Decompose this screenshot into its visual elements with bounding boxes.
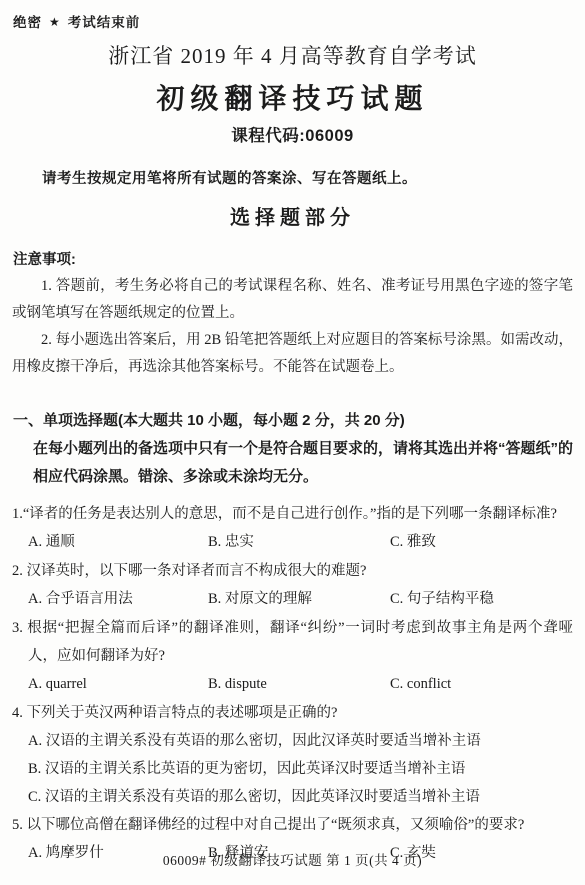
- question-2-option-b: B. 对原文的理解: [208, 585, 390, 614]
- question-2-option-a: A. 合乎语言用法: [28, 585, 208, 614]
- page-title: 初级翻译技巧试题: [0, 77, 585, 117]
- exam-session-title: 浙江省 2019 年 4 月高等教育自学考试: [0, 40, 585, 70]
- part-one-instruction: 在每小题列出的备选项中只有一个是符合题目要求的，请将其选出并将“答题纸”的相应代…: [33, 435, 573, 491]
- question-3: 3. 根据“把握全篇而后译”的翻译准则，翻译“纠纷”一词时考虑到故事主角是两个聋…: [0, 614, 585, 699]
- question-3-option-a: A. quarrel: [28, 670, 208, 699]
- note-item-2: 2. 每小题选出答案后，用 2B 铅笔把答题纸上对应题目的答案标号涂黑。如需改动…: [12, 327, 573, 381]
- question-list: 1.“译者的任务是表达别人的意思，而不是自己进行创作。”指的是下列哪一条翻译标准…: [0, 500, 585, 868]
- exam-paper-page: 绝密★考试结束前 浙江省 2019 年 4 月高等教育自学考试 初级翻译技巧试题…: [0, 0, 585, 885]
- notes-heading: 注意事项:: [13, 247, 572, 273]
- note-item-1: 1. 答题前，考生务必将自己的考试课程名称、姓名、准考证号用黑色字迹的签字笔或钢…: [12, 273, 573, 327]
- question-1-stem: 1.“译者的任务是表达别人的意思，而不是自己进行创作。”指的是下列哪一条翻译标准…: [12, 500, 573, 528]
- page-footer: 06009# 初级翻译技巧试题 第 1 页(共 4 页): [0, 849, 585, 869]
- question-1-option-c: C. 雅致: [390, 528, 573, 557]
- question-2: 2. 汉译英时，以下哪一条对译者而言不构成很大的难题? A. 合乎语言用法 B.…: [0, 557, 585, 614]
- question-2-options: A. 合乎语言用法 B. 对原文的理解 C. 句子结构平稳: [28, 585, 573, 614]
- question-1-option-b: B. 忠实: [208, 528, 390, 557]
- question-1: 1.“译者的任务是表达别人的意思，而不是自己进行创作。”指的是下列哪一条翻译标准…: [0, 500, 585, 557]
- question-3-options: A. quarrel B. dispute C. conflict: [28, 670, 573, 699]
- question-3-option-c: C. conflict: [390, 670, 573, 699]
- section-title: 选择题部分: [0, 201, 585, 230]
- question-5-stem: 5. 以下哪位高僧在翻译佛经的过程中对自己提出了“既须求真，又须喻俗”的要求?: [12, 811, 573, 839]
- question-4-option-c: C. 汉语的主谓关系没有英语的那么密切，因此英译汉时要适当增补主语: [28, 783, 573, 811]
- classification-label-right: 考试结束前: [68, 15, 141, 30]
- question-4-option-b: B. 汉语的主谓关系比英语的更为密切，因此英译汉时要适当增补主语: [28, 755, 573, 783]
- classification-label-left: 绝密: [13, 15, 42, 30]
- question-1-option-a: A. 通顺: [28, 528, 208, 557]
- pen-instruction: 请考生按规定用笔将所有试题的答案涂、写在答题纸上。: [13, 167, 572, 188]
- star-icon: ★: [49, 15, 61, 29]
- question-2-option-c: C. 句子结构平稳: [390, 585, 573, 614]
- question-4-option-a: A. 汉语的主谓关系没有英语的那么密切，因此汉译英时要适当增补主语: [28, 727, 573, 755]
- question-4-stem: 4. 下列关于英汉两种语言特点的表述哪项是正确的?: [12, 699, 573, 727]
- course-code: 课程代码:06009: [0, 122, 585, 146]
- classification-banner: 绝密★考试结束前: [0, 0, 585, 31]
- question-1-options: A. 通顺 B. 忠实 C. 雅致: [28, 528, 573, 557]
- question-3-option-b: B. dispute: [208, 670, 390, 699]
- question-4: 4. 下列关于英汉两种语言特点的表述哪项是正确的? A. 汉语的主谓关系没有英语…: [0, 699, 585, 811]
- question-3-stem: 3. 根据“把握全篇而后译”的翻译准则，翻译“纠纷”一词时考虑到故事主角是两个聋…: [12, 614, 573, 670]
- part-one-heading: 一、单项选择题(本大题共 10 小题，每小题 2 分，共 20 分): [13, 408, 572, 434]
- question-2-stem: 2. 汉译英时，以下哪一条对译者而言不构成很大的难题?: [12, 557, 573, 585]
